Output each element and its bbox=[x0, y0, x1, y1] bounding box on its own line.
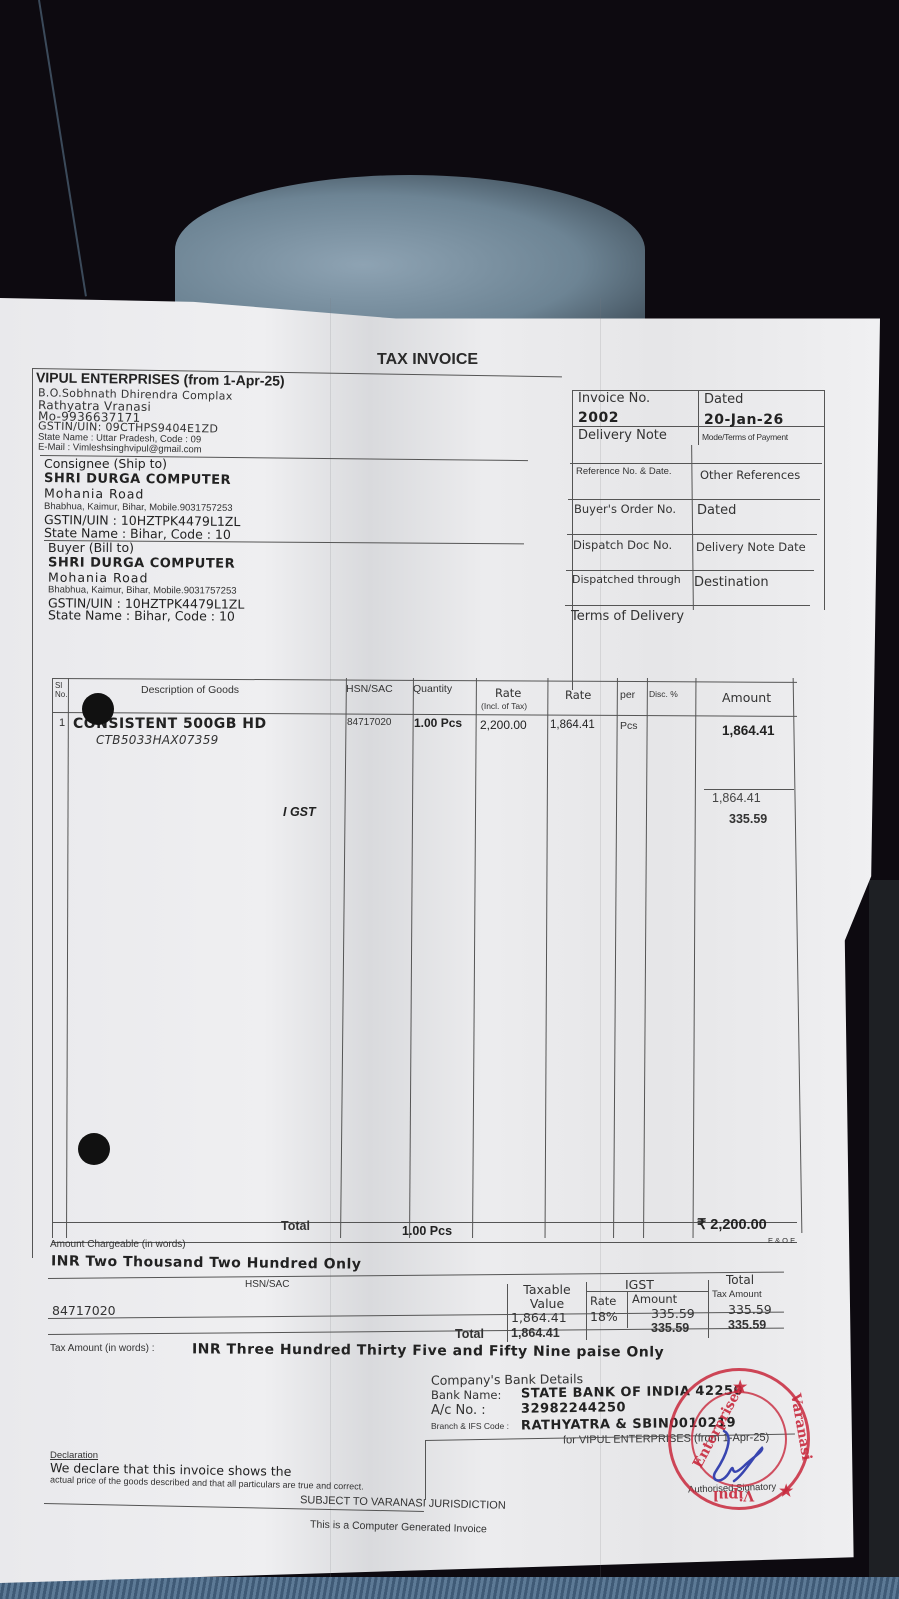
tax-col-rate: Rate bbox=[590, 1294, 616, 1308]
dated-label: Dated bbox=[704, 392, 743, 407]
col-description: Description of Goods bbox=[141, 684, 239, 696]
other-references-label: Other References bbox=[700, 468, 800, 482]
total-amount: ₹ 2,200.00 bbox=[697, 1217, 767, 1233]
row-quantity: 1.00 Pcs bbox=[414, 716, 462, 730]
declaration-line2: actual price of the goods described and … bbox=[50, 1474, 364, 1491]
tax-amount: 335.59 bbox=[729, 812, 767, 826]
tax-label: I GST bbox=[283, 805, 316, 819]
grid-line bbox=[643, 678, 648, 1238]
tax-row-hsn: 84717020 bbox=[52, 1303, 116, 1318]
seller-email: E-Mail : Vimleshsinghvipul@gmail.com bbox=[38, 442, 202, 456]
tax-total-total: 335.59 bbox=[728, 1318, 766, 1332]
consignee-label: Consignee (Ship to) bbox=[44, 456, 167, 471]
tax-col-amount: Amount bbox=[632, 1292, 677, 1306]
invoice-no-label: Invoice No. bbox=[578, 391, 650, 406]
tax-total-label: Total bbox=[455, 1327, 484, 1341]
col-hsn: HSN/SAC bbox=[346, 683, 393, 695]
row-hsn: 84717020 bbox=[347, 717, 392, 728]
redaction-dot bbox=[78, 1133, 110, 1165]
dispatch-doc-label: Dispatch Doc No. bbox=[573, 538, 672, 552]
col-rate-incl: Rate bbox=[495, 686, 521, 700]
row-rate: 1,864.41 bbox=[550, 719, 595, 731]
col-amount: Amount bbox=[722, 690, 771, 705]
tax-row-total: 335.59 bbox=[728, 1302, 772, 1317]
col-sl: Sl No. bbox=[55, 681, 65, 699]
bank-name-label: Bank Name: bbox=[431, 1388, 501, 1402]
tax-col-taxable: Taxable Value bbox=[512, 1283, 582, 1311]
grid-line bbox=[708, 1280, 709, 1338]
frame-left bbox=[32, 368, 33, 1258]
tax-invoice: TAX INVOICE VIPUL ENTERPRISES (from 1-Ap… bbox=[0, 0, 899, 1599]
col-quantity: Quantity bbox=[413, 683, 452, 695]
tax-row-taxable: 1,864.41 bbox=[511, 1310, 567, 1325]
col-rate: Rate bbox=[565, 688, 591, 702]
reference-label: Reference No. & Date. bbox=[576, 466, 672, 477]
tax-col-total-sub: Tax Amount bbox=[712, 1289, 762, 1300]
buyers-order-label: Buyer's Order No. bbox=[574, 502, 676, 516]
grid-line bbox=[565, 605, 810, 606]
grid-line bbox=[627, 1292, 628, 1328]
tax-col-hsn: HSN/SAC bbox=[245, 1279, 289, 1290]
grid-line bbox=[340, 678, 347, 1238]
invoice-title: TAX INVOICE bbox=[377, 351, 478, 369]
grid-line bbox=[48, 1272, 784, 1279]
total-quantity: 1.00 Pcs bbox=[402, 1224, 452, 1238]
grid-line bbox=[824, 390, 825, 610]
grid-line bbox=[52, 678, 53, 1238]
grid-line bbox=[572, 426, 824, 427]
buyer-state: State Name : Bihar, Code : 10 bbox=[48, 607, 235, 623]
stamp-star-icon: ★ bbox=[733, 1377, 747, 1396]
tax-words: INR Three Hundred Thirty Five and Fifty … bbox=[192, 1341, 664, 1360]
grid-line bbox=[52, 1222, 797, 1223]
eoe-note: E & O.E bbox=[768, 1236, 795, 1245]
buyers-order-dated-label: Dated bbox=[697, 503, 736, 518]
buyer-address: Mohania Road bbox=[48, 570, 149, 586]
invoice-date: 20-Jan-26 bbox=[704, 412, 784, 428]
computer-generated-note: This is a Computer Generated Invoice bbox=[310, 1519, 487, 1536]
tax-total-amount: 335.59 bbox=[651, 1321, 689, 1335]
col-disc: Disc. % bbox=[649, 689, 678, 699]
grid-line bbox=[570, 463, 822, 464]
tax-row-amount: 335.59 bbox=[651, 1306, 695, 1321]
account-number: 32982244250 bbox=[521, 1400, 626, 1416]
stamp-text-right: Varanasi bbox=[787, 1392, 814, 1461]
total-label: Total bbox=[281, 1219, 310, 1233]
row-serial: CTB5033HAX07359 bbox=[96, 733, 219, 747]
grid-line bbox=[568, 499, 820, 500]
invoice-no: 2002 bbox=[578, 410, 619, 426]
row-sl: 1 bbox=[59, 717, 65, 729]
grid-line bbox=[566, 570, 814, 571]
redaction-dot bbox=[82, 693, 114, 725]
terms-of-delivery-label: Terms of Delivery bbox=[571, 609, 684, 624]
mode-terms-label: Mode/Terms of Payment bbox=[702, 432, 788, 442]
grid-line bbox=[409, 678, 414, 1238]
subtotal-line bbox=[704, 789, 794, 790]
tax-words-label: Tax Amount (in words) : bbox=[50, 1343, 154, 1354]
grid-line bbox=[613, 678, 618, 1238]
branch-label: Branch & IFS Code : bbox=[431, 1421, 509, 1431]
tax-total-taxable: 1,864.41 bbox=[511, 1326, 560, 1340]
grid-line bbox=[545, 678, 549, 1238]
dispatched-through-label: Dispatched through bbox=[572, 573, 681, 586]
delivery-note-date-label: Delivery Note Date bbox=[696, 540, 806, 554]
row-amount: 1,864.41 bbox=[722, 723, 775, 738]
row-per: Pcs bbox=[620, 720, 638, 732]
col-rate-incl-sub: (Incl. of Tax) bbox=[481, 701, 527, 711]
grid-line bbox=[793, 678, 803, 1233]
amount-words: INR Two Thousand Two Hundred Only bbox=[51, 1253, 362, 1272]
buyer-label: Buyer (Bill to) bbox=[48, 540, 134, 555]
subtotal-amount: 1,864.41 bbox=[712, 791, 761, 805]
col-per: per bbox=[620, 689, 635, 701]
grid-line bbox=[693, 678, 697, 1238]
tax-col-igst: IGST bbox=[625, 1277, 654, 1292]
signature bbox=[704, 1426, 774, 1496]
consignee-address: Mohania Road bbox=[44, 485, 145, 501]
grid-line bbox=[425, 1440, 426, 1500]
destination-label: Destination bbox=[694, 575, 769, 590]
grid-line bbox=[66, 678, 69, 1238]
amount-words-label: Amount Chargeable (in words) bbox=[50, 1239, 186, 1250]
grid-line bbox=[567, 534, 817, 535]
row-rate-incl: 2,200.00 bbox=[480, 718, 527, 732]
stamp-star-icon: ★ bbox=[779, 1481, 793, 1500]
account-label: A/c No. : bbox=[431, 1403, 486, 1418]
grid-line bbox=[507, 1284, 508, 1342]
delivery-note-label: Delivery Note bbox=[578, 428, 667, 443]
grid-line bbox=[472, 678, 477, 1238]
tax-row-rate: 18% bbox=[590, 1309, 618, 1324]
tax-col-total: Total bbox=[726, 1273, 754, 1287]
grid-line bbox=[698, 390, 699, 445]
seller-name: VIPUL ENTERPRISES (from 1-Apr-25) bbox=[36, 369, 285, 388]
